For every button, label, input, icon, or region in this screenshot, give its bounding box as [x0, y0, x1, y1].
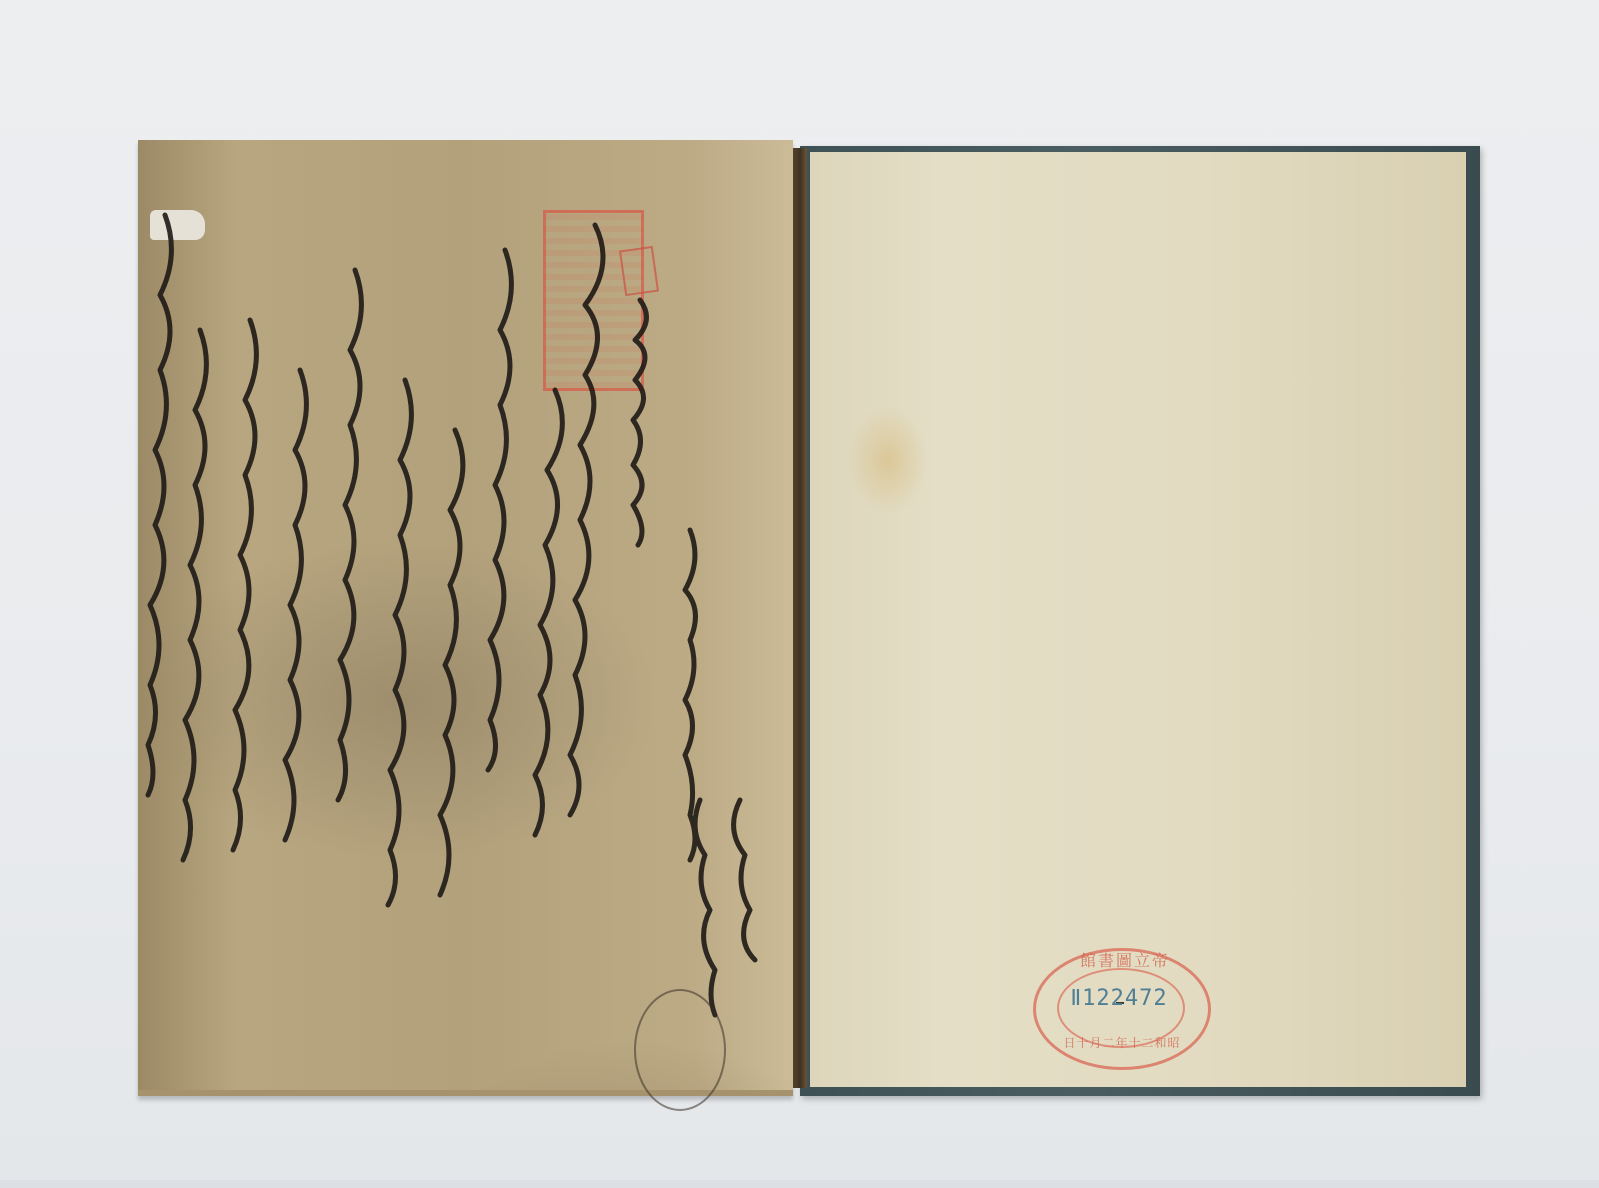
table-surface [0, 1180, 1599, 1188]
stamp-accession-number: Ⅱ122472 [1063, 986, 1175, 1011]
paper-tear [150, 210, 205, 240]
book-gutter [793, 148, 807, 1088]
water-stain [848, 405, 928, 515]
red-collector-seal [543, 210, 644, 391]
right-page [810, 152, 1466, 1087]
open-book: 館書圖立帝 Ⅱ122472 日十月二年十二和昭 [0, 0, 1599, 1188]
small-red-seal [619, 246, 659, 296]
stamp-date: 日十月二年十二和昭 [1060, 1034, 1184, 1051]
stamp-library-name: 館書圖立帝 [1080, 948, 1170, 971]
stamp-number-prefix: Ⅱ [1070, 986, 1082, 1011]
left-page [138, 140, 793, 1096]
stamp-number-value: 122472 [1082, 986, 1167, 1011]
